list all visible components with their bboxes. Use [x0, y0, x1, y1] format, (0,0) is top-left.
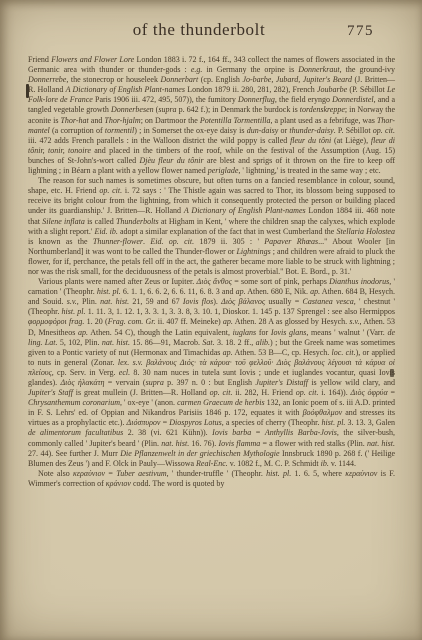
italic-text: Thunderbolts — [116, 217, 159, 226]
italic-text: de alimentorum facultatibus — [28, 428, 123, 437]
body-text: iii. 472 adds French parallels : in the … — [28, 136, 290, 145]
italic-text: Tuber aestivum — [116, 469, 166, 478]
italic-text: ap. — [236, 287, 246, 296]
body-text: Various plants were named after Zeus or … — [38, 277, 197, 286]
italic-text: Jo-barbe, Jubard, Jupiter's Beard — [242, 75, 352, 84]
italic-text: hist. pl. — [62, 307, 86, 316]
body-text: 3. 13. 3, Galen — [345, 418, 395, 427]
body-text: adopt a similar explanation of the fact … — [118, 227, 337, 236]
italic-text: s.v. — [67, 297, 77, 306]
body-text: is great mullein (J. Britten—R. Holland — [73, 388, 210, 397]
body-text: in Germany the orpine is — [202, 65, 298, 74]
body-text: . P. Sébillot — [334, 126, 373, 135]
body-text: , the stonecrop or houseleek — [66, 75, 160, 84]
italic-text: op. cit. — [296, 388, 319, 397]
greek-text: Διὸς ἄνθος — [197, 277, 232, 286]
body-text: , cp. Serv. in Verg. — [52, 368, 119, 377]
italic-text: loc. cit. — [332, 348, 356, 357]
body-text: ; on Dartmoor the — [141, 116, 200, 125]
italic-text: A Dictionary of English Plant-names — [66, 85, 185, 94]
paragraph: Friend Flowers and Flower Lore London 18… — [28, 55, 395, 176]
italic-text: Sat. — [202, 338, 214, 347]
italic-text: Donnerflug — [238, 95, 275, 104]
body-text: is yellow wild clary, and — [308, 378, 395, 387]
body-text: , the field eryngo — [275, 95, 332, 104]
greek-text: φορμοφόροι — [28, 317, 67, 326]
italic-text: Thor-hjalm — [104, 116, 140, 125]
italic-text: Eid. ib. — [94, 227, 117, 236]
body-text: = — [251, 428, 265, 437]
body-text: 21, 59 and 67 — [129, 297, 183, 306]
page-number: 775 — [347, 23, 374, 40]
text-block: Friend Flowers and Flower Lore London 18… — [28, 55, 395, 489]
body-text: , a species of cherry (Theophr. — [222, 418, 322, 427]
body-text: , means ' walnut ' (Varr. — [306, 328, 387, 337]
body-text: 5, 102, Plin. — [57, 338, 101, 347]
body-text: p. 397 n. 0 : but English — [164, 378, 256, 387]
italic-text: Potentilla Tormentilla — [200, 116, 271, 125]
italic-text: op. cit. — [210, 388, 233, 397]
body-text: London 1879 ii. 280, 281, 282), French — [185, 85, 317, 94]
italic-text: Donnerbart — [160, 75, 198, 84]
italic-text: Iovis flamma — [219, 439, 261, 448]
italic-text: e.g. — [191, 65, 203, 74]
italic-text: hist. pl. — [322, 418, 346, 427]
italic-text: op. cit. — [373, 126, 395, 135]
italic-text: Lightnings — [236, 247, 270, 256]
italic-text: ap. — [310, 287, 320, 296]
body-text: ) ; in Somerset the ox-eye daisy is — [134, 126, 246, 135]
body-text: is known as the — [28, 237, 93, 246]
body-text: , ' ox-eye ' (anon. — [120, 398, 177, 407]
italic-text: Chrysanthemum coronarium — [28, 398, 120, 407]
italic-text: Iovis flos — [183, 297, 213, 306]
body-text: 1. 20 ( — [84, 317, 107, 326]
italic-text: hist. pl. — [266, 469, 291, 478]
italic-text: Donnerbesen — [111, 105, 154, 114]
italic-text: Thor-hat — [60, 116, 88, 125]
italic-text: nat. hist. — [367, 439, 395, 448]
greek-text: βοόφθαλμον — [303, 408, 343, 417]
body-text: 1. 11. 3, 1. 12. 1, 3. 3. 1, 3. 3. 8, 3.… — [86, 307, 395, 316]
italic-text: A Dictionary of English Plant-names — [184, 206, 306, 215]
italic-text: Anthyllis Barba-Jovis — [265, 428, 337, 437]
italic-text: iuglans — [233, 328, 257, 337]
italic-text: Die Pflanzenwelt in der griechischen Myt… — [120, 449, 279, 458]
italic-text: Silene inflata — [42, 217, 85, 226]
body-text: 16. 76). — [189, 439, 218, 448]
italic-text: ecl. — [119, 368, 130, 377]
body-text: i. 164)). — [319, 388, 351, 397]
italic-text: fleur du tôni — [290, 136, 331, 145]
italic-text: dun-daisy — [247, 126, 279, 135]
italic-text: tormentil — [105, 126, 134, 135]
body-text: p. 642 f.); in Denmark the burdock is — [177, 105, 300, 114]
greek-text: κεραύνιον — [345, 469, 377, 478]
body-text: , Plin. — [77, 297, 100, 306]
body-text: = — [105, 469, 116, 478]
page-header: of the thunderbolt 775 — [28, 20, 394, 44]
body-text: 2. 38 (vi. 621 Kühn)). — [123, 428, 212, 437]
paragraph: Various plants were named after Zeus or … — [28, 277, 395, 469]
italic-text: Donnerdistel — [332, 95, 373, 104]
italic-text: nat. hist. — [102, 338, 130, 347]
body-text: , ' thunder-truffle ' (Theophr. — [167, 469, 267, 478]
greek-text: Διὸς βάλανος — [221, 297, 265, 306]
body-text: ii. 282, H. Friend — [232, 388, 295, 397]
greek-text: Διόσπυρον — [127, 418, 161, 427]
body-text: usually = — [265, 297, 302, 306]
italic-text: lex. s.v. — [118, 358, 143, 367]
paragraph: The reason for such names is sometimes o… — [28, 176, 395, 277]
italic-text: nat. hist. — [100, 297, 129, 306]
body-text: ). — [213, 297, 221, 306]
body-text: , ' lightning,' is treated in the same w… — [238, 166, 380, 175]
body-text: and — [89, 116, 105, 125]
body-text: Note also — [38, 469, 73, 478]
italic-text: Frag. com. Gr. — [108, 317, 156, 326]
italic-text: hist. pl. — [97, 287, 121, 296]
italic-text: periglade — [208, 166, 239, 175]
italic-text: Donnerkraut — [298, 65, 339, 74]
italic-text: Joubarbe — [317, 85, 347, 94]
italic-text: carmen Graecum de herbis — [177, 398, 264, 407]
italic-text: s.v. — [349, 317, 359, 326]
body-text: 3. 18. 2 ff., — [215, 338, 256, 347]
italic-text: Diospyros Lotus — [169, 418, 222, 427]
body-text: (cp. English — [198, 75, 242, 84]
greek-text: Διὸς ὀφρύα — [351, 388, 388, 397]
italic-text: thunder-daisy — [289, 126, 333, 135]
body-text: 1. 6. 5, where — [291, 469, 345, 478]
italic-text: ap. — [78, 328, 88, 337]
paragraph: Note also κεραύνιον = Tuber aestivum, ' … — [28, 469, 395, 489]
running-title: of the thunderbolt — [133, 20, 266, 40]
italic-text: Jupiter's Staff — [28, 388, 73, 397]
italic-text: Dianthus inodorus — [329, 277, 389, 286]
italic-text: Eid. op. cit. — [150, 237, 194, 246]
body-text: 1879 ii. 305 : ' — [194, 237, 264, 246]
italic-text: Iovis barba — [212, 428, 251, 437]
body-text: , a plant used as a febrifuge, was — [271, 116, 377, 125]
italic-text: tordenskreppe — [300, 105, 345, 114]
body-text: 15. 86—91, Macrob. — [130, 338, 202, 347]
body-text: Friend — [28, 55, 51, 64]
italic-text: Iovis glans — [271, 328, 307, 337]
italic-text: ib. — [321, 459, 329, 468]
body-text: Paris 1906 iii. 472, 495, 507)), the fum… — [93, 95, 238, 104]
body-text: = — [160, 418, 169, 427]
italic-text: Donnerrebe — [28, 75, 66, 84]
italic-text: op. cit. — [99, 186, 122, 195]
body-text: Athen. 53 B—C, cp. Hesych. — [233, 348, 332, 357]
body-text: Athen. 54 C), though the Latin equivalen… — [88, 328, 233, 337]
body-text: for — [256, 328, 271, 337]
italic-text: Stellaria Holostea — [336, 227, 395, 236]
body-text: (at Liège), — [331, 136, 371, 145]
body-text: = vervain ( — [104, 378, 145, 387]
greek-text: κράνιον — [106, 479, 131, 488]
italic-text: Djèu fleur du tônir — [139, 156, 203, 165]
body-text: Athen. 28 A as glossed by Hesych. — [233, 317, 349, 326]
body-text: = some sort of pink, perhaps — [232, 277, 329, 286]
italic-text: nat. hist. — [161, 439, 189, 448]
italic-text: frag. — [69, 317, 84, 326]
italic-text: Flowers and Flower Lore — [51, 55, 134, 64]
italic-text: Castanea vesca — [303, 297, 354, 306]
italic-text: supra — [158, 105, 176, 114]
italic-text: ap. — [223, 348, 233, 357]
body-text: 27. 44). See further J. Murr — [28, 449, 120, 458]
italic-text: ap. — [223, 317, 233, 326]
body-text: codd. The word is quoted by — [131, 479, 224, 488]
italic-text: Real-Enc. — [196, 459, 228, 468]
body-text: = — [388, 388, 395, 397]
italic-text: Jupiter's Distaff — [255, 378, 308, 387]
body-text: (P. Sébillot — [347, 85, 387, 94]
body-text: , the ground-ivy — [340, 65, 395, 74]
body-text: = a flower with red stalks (Plin. — [260, 439, 367, 448]
greek-text: κεραύνιον — [73, 469, 105, 478]
italic-text: Papaver Rhœas — [264, 237, 318, 246]
body-text: ii. 407 ff. Meineke) — [156, 317, 223, 326]
body-text: Athen. 680 E, Nik. — [246, 287, 311, 296]
italic-text: alib. — [256, 338, 270, 347]
body-text: (a corruption of — [50, 126, 105, 135]
greek-text: Διὸς ἠλακάτη — [60, 378, 104, 387]
body-text: 6. 1. 1, 6. 6. 2, 6. 6. 11, 6. 8. 3 and — [121, 287, 236, 296]
body-text: v. 1082 f., M. C. P. Schmidt — [228, 459, 321, 468]
italic-text: supra — [146, 378, 164, 387]
body-text: v. 1144. — [329, 459, 356, 468]
italic-text: Thunner-flower — [93, 237, 143, 246]
body-text: or — [278, 126, 289, 135]
body-text: is called — [85, 217, 116, 226]
